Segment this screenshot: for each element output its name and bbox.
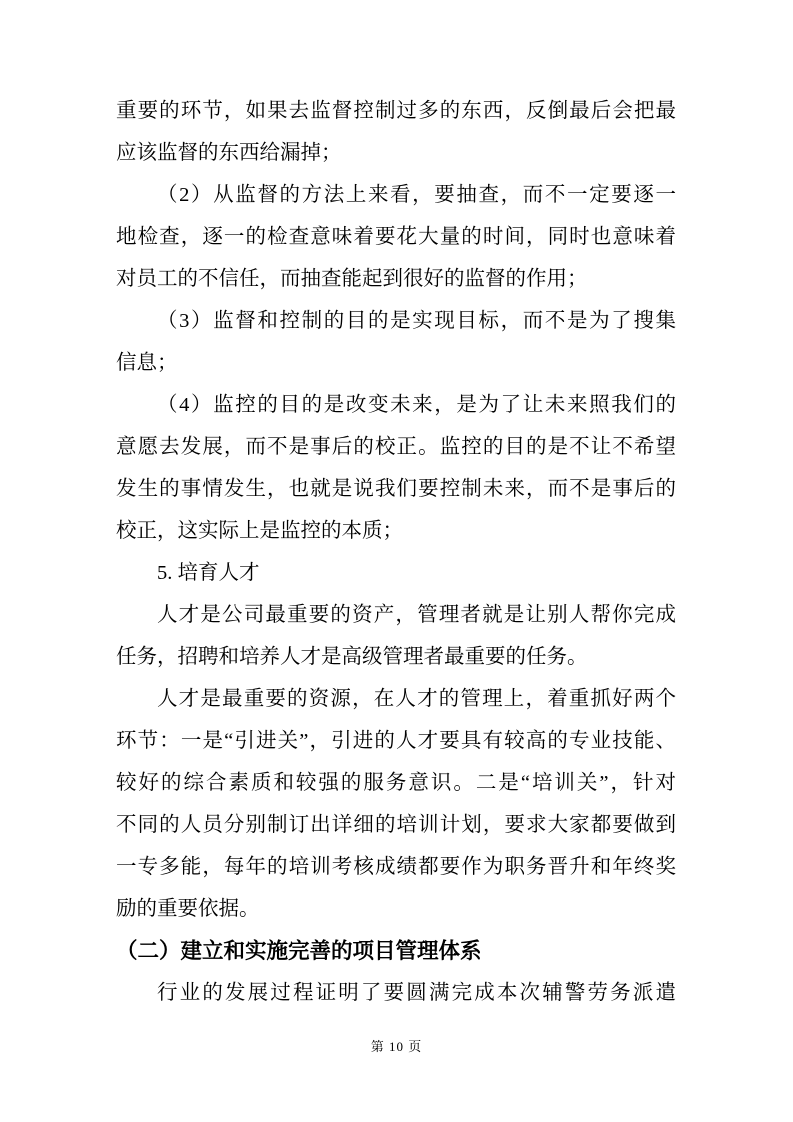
text-line: 应该监督的东西给漏掉； (116, 132, 676, 174)
text-line: 不同的人员分别制订出详细的培训计划，要求大家都要做到 (116, 804, 676, 846)
text-line: 行业的发展过程证明了要圆满完成本次辅警劳务派遣 (116, 972, 676, 1014)
text-line: 人才是最重要的资源，在人才的管理上，着重抓好两个 (116, 678, 676, 720)
text-line: 人才是公司最重要的资产，管理者就是让别人帮你完成 (116, 594, 676, 636)
document-page: 重要的环节，如果去监督控制过多的东西，反倒最后会把最应该监督的东西给漏掉；（2）… (0, 0, 793, 1122)
text-line: 一专多能，每年的培训考核成绩都要作为职务晋升和年终奖 (116, 846, 676, 888)
text-line: （3）监督和控制的目的是实现目标，而不是为了搜集 (116, 300, 676, 342)
text-line: （2）从监督的方法上来看，要抽查，而不一定要逐一 (116, 174, 676, 216)
page-number-label: 第 10 页 (371, 1039, 423, 1054)
text-line: 重要的环节，如果去监督控制过多的东西，反倒最后会把最 (116, 90, 676, 132)
text-line: 环节：一是“引进关”，引进的人才要具有较高的专业技能、 (116, 720, 676, 762)
text-line: 5. 培育人才 (116, 552, 676, 594)
text-line: 励的重要依据。 (116, 888, 676, 930)
text-line: 信息； (116, 342, 676, 384)
text-line: （4）监控的目的是改变未来，是为了让未来照我们的 (116, 384, 676, 426)
page-footer: 第 10 页 (0, 1036, 793, 1056)
section-heading: （二）建立和实施完善的项目管理体系 (116, 930, 676, 972)
document-body: 重要的环节，如果去监督控制过多的东西，反倒最后会把最应该监督的东西给漏掉；（2）… (116, 90, 676, 1014)
text-line: 任务，招聘和培养人才是高级管理者最重要的任务。 (116, 636, 676, 678)
text-line: 地检查，逐一的检查意味着要花大量的时间，同时也意味着 (116, 216, 676, 258)
text-line: 意愿去发展，而不是事后的校正。监控的目的是不让不希望 (116, 426, 676, 468)
text-line: 对员工的不信任，而抽查能起到很好的监督的作用； (116, 258, 676, 300)
text-line: 较好的综合素质和较强的服务意识。二是“培训关”，针对 (116, 762, 676, 804)
text-line: 发生的事情发生，也就是说我们要控制未来，而不是事后的 (116, 468, 676, 510)
text-line: 校正，这实际上是监控的本质； (116, 510, 676, 552)
